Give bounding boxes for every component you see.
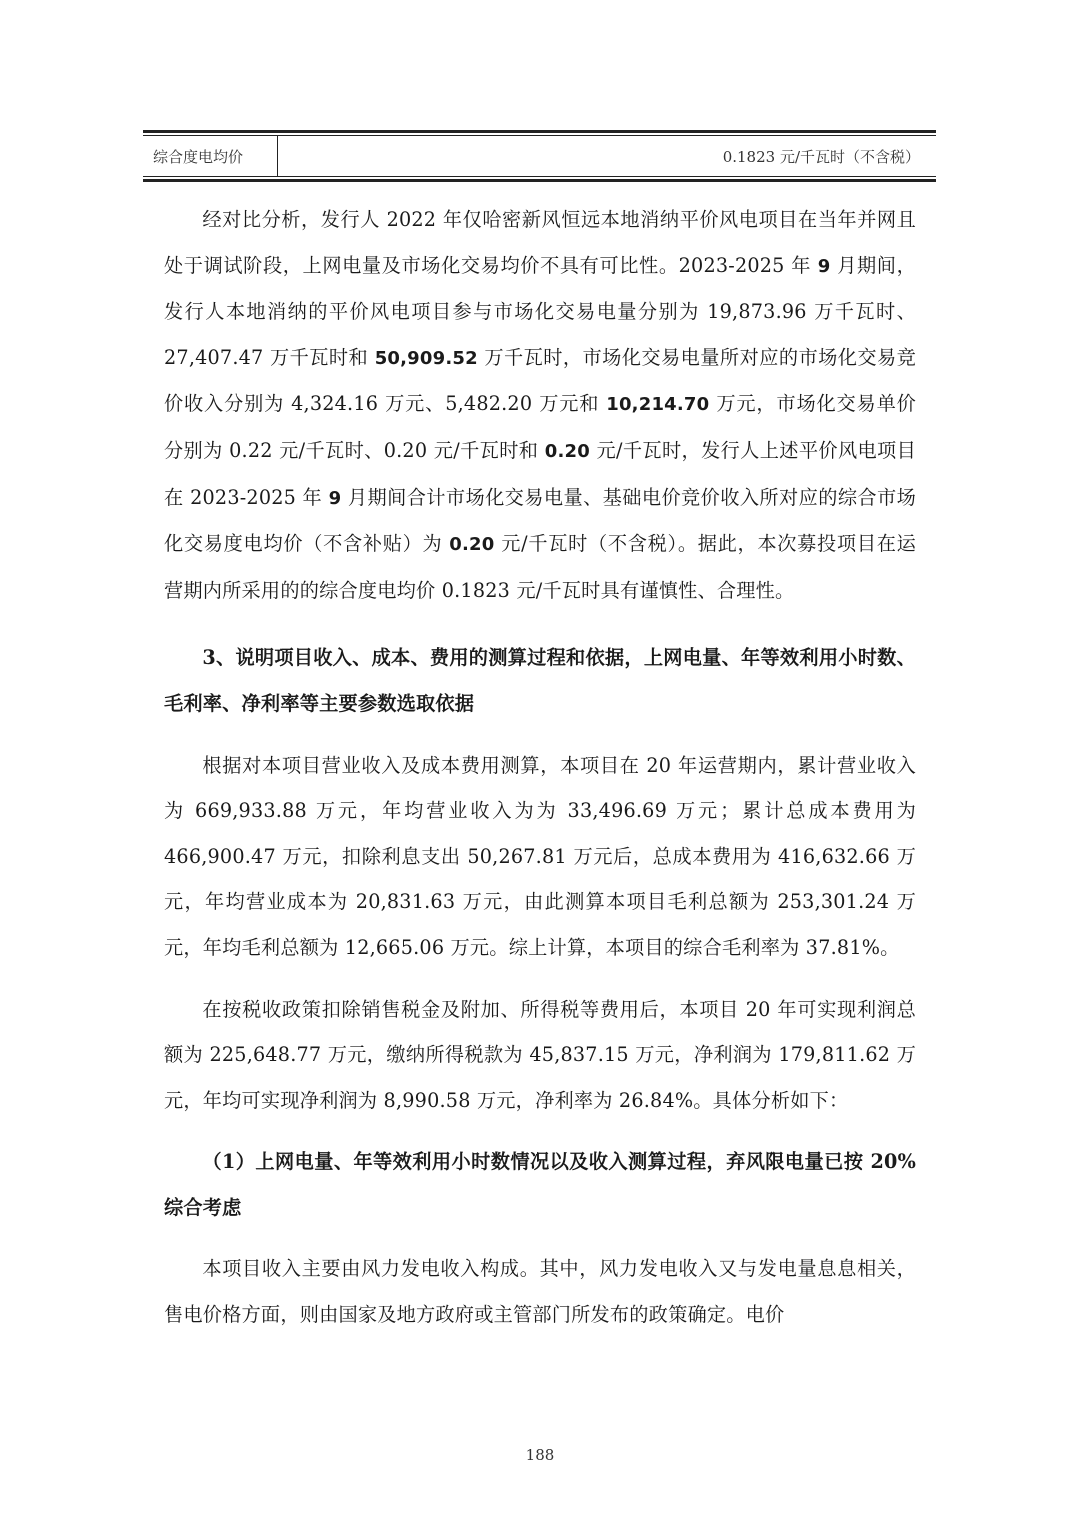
document-page: 综合度电均价 0.1823 元/千瓦时（不含税） 经对比分析，发行人 2022 … xyxy=(0,0,1080,1527)
text-run: 经对比分析，发行人 2022 年仅哈密新风恒远本地消纳平价风电项目在当年并网且处… xyxy=(164,208,916,277)
document-body: 经对比分析，发行人 2022 年仅哈密新风恒远本地消纳平价风电项目在当年并网且处… xyxy=(164,197,916,1338)
profit-paragraph: 在按税收政策扣除销售税金及附加、所得税等费用后，本项目 20 年可实现利润总额为… xyxy=(164,987,916,1124)
price-value-cell: 0.1823 元/千瓦时（不含税） xyxy=(278,136,936,176)
subsection-heading-1: （1）上网电量、年等效利用小时数情况以及收入测算过程，弃风限电量已按 20%综合… xyxy=(164,1139,916,1230)
bold-number: 0.20 xyxy=(545,441,590,462)
price-summary-row: 综合度电均价 0.1823 元/千瓦时（不含税） xyxy=(143,135,936,177)
page-number: 188 xyxy=(0,1446,1080,1464)
revenue-cost-paragraph: 根据对本项目营业收入及成本费用测算，本项目在 20 年运营期内，累计营业收入为 … xyxy=(164,743,916,971)
comparison-analysis-paragraph: 经对比分析，发行人 2022 年仅哈密新风恒远本地消纳平价风电项目在当年并网且处… xyxy=(164,197,916,613)
bold-number: 50,909.52 xyxy=(375,348,478,369)
bold-number: 10,214.70 xyxy=(606,394,709,415)
bold-number: 9 xyxy=(818,256,831,277)
price-label-cell: 综合度电均价 xyxy=(143,136,278,176)
price-summary-table: 综合度电均价 0.1823 元/千瓦时（不含税） xyxy=(143,130,936,182)
bold-number: 9 xyxy=(329,488,342,509)
revenue-composition-paragraph: 本项目收入主要由风力发电收入构成。其中，风力发电收入又与发电量息息相关，售电价格… xyxy=(164,1246,916,1337)
section-heading-3: 3、说明项目收入、成本、费用的测算过程和依据，上网电量、年等效利用小时数、毛利率… xyxy=(164,635,916,726)
bold-number: 0.20 xyxy=(449,534,494,555)
